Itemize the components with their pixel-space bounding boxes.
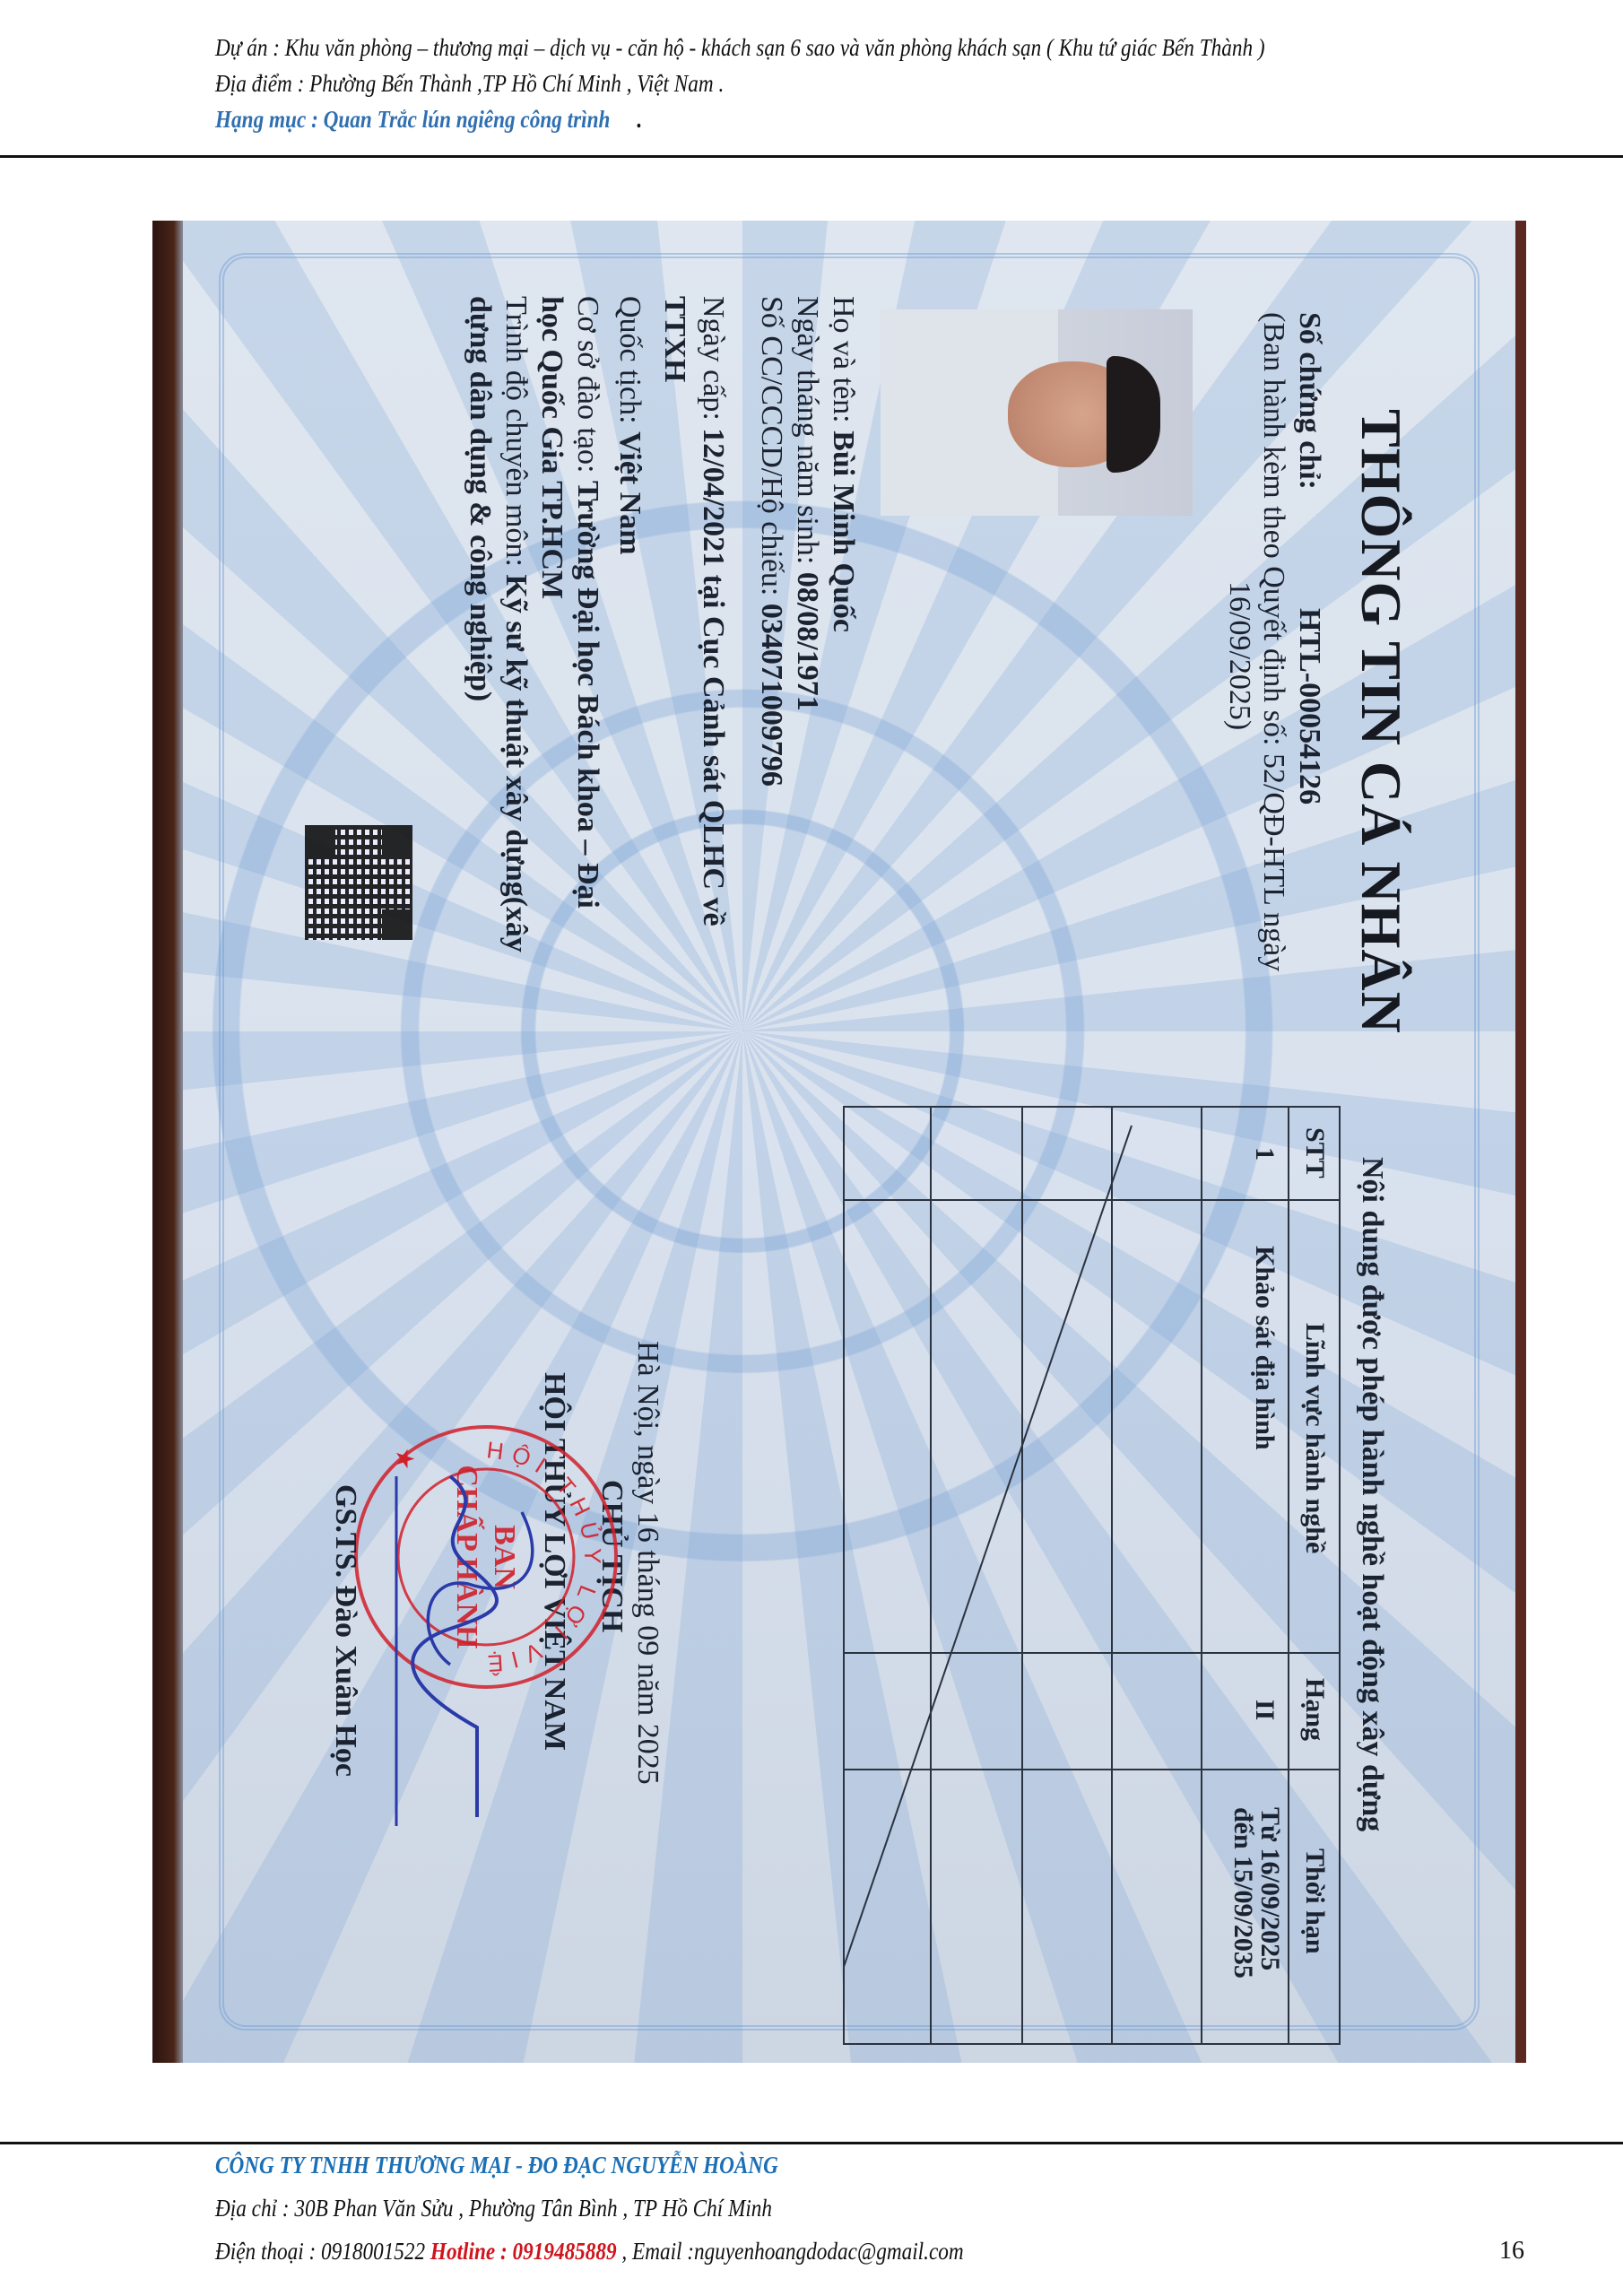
cert-number-value: HTL-00054126 — [1291, 608, 1327, 804]
company-address: Địa chỉ : 30B Phan Văn Sửu , Phường Tân … — [215, 2193, 772, 2223]
signature-place-date: Hà Nội, ngày 16 tháng 09 năm 2025 — [629, 1341, 665, 1785]
info-issue-date: Ngày cấp: 12/04/2021 tại Cục Cảnh sát QL… — [695, 296, 731, 926]
company-contact: Điện thoại : 0918001522 Hotline : 091948… — [215, 2236, 964, 2266]
certificate-content: THÔNG TIN CÁ NHÂN Số chứng chỉ: HTL-0005… — [152, 221, 1526, 2063]
info-id-number: Số CC/CCCD/Hộ chiếu: 034071009796 — [753, 296, 789, 787]
category-line: Hạng mục : Quan Trắc lún ngiêng công trì… — [215, 104, 642, 135]
portrait-hair — [1107, 356, 1160, 473]
info-training-institution-cont: học Quốc Gia TP.HCM — [534, 296, 569, 599]
company-name: CÔNG TY TNHH THƯƠNG MẠI - ĐO ĐẠC NGUYỄN … — [215, 2150, 778, 2180]
handwritten-signature — [360, 1458, 576, 1835]
info-qualification: Trình độ chuyên môn: Kỹ sư kỹ thuật xây … — [498, 296, 534, 952]
certificate-photo: THÔNG TIN CÁ NHÂN Số chứng chỉ: HTL-0005… — [152, 221, 1526, 2063]
info-qualification-cont: dựng dân dụng & công nghiệp) — [462, 296, 498, 701]
issued-decision-line-1: (Ban hành kèm theo Quyết định số: 52/QĐ-… — [1255, 312, 1291, 971]
category-text: Hạng mục : Quan Trắc lún ngiêng công trì… — [215, 106, 610, 133]
hotline-text: Hotline : 0919485889 — [430, 2238, 617, 2265]
certificate-title: THÔNG TIN CÁ NHÂN — [1352, 409, 1410, 1034]
qr-code-icon — [305, 825, 412, 940]
page-number: 16 — [1499, 2236, 1524, 2266]
project-line: Dự án : Khu văn phòng – thương mại – dịc… — [215, 32, 1265, 63]
phone-text: Điện thoại : 0918001522 — [215, 2238, 430, 2265]
portrait-photo — [881, 309, 1193, 516]
table-strike-line — [843, 1106, 1341, 2045]
footer-divider — [0, 2142, 1623, 2144]
category-trailing-dot: . — [637, 106, 642, 133]
signer-name: GS.TS. Đào Xuân Học — [327, 1484, 363, 1777]
info-birth-date: Ngày tháng năm sinh: 08/08/1971 — [789, 296, 825, 711]
location-line: Địa điểm : Phường Bến Thành ,TP Hồ Chí M… — [215, 68, 724, 99]
info-nationality: Quốc tịch: Việt Nam — [612, 296, 647, 555]
info-issue-place-cont: TTXH — [656, 296, 692, 382]
info-full-name: Họ và tên: Bùi Minh Quốc — [825, 296, 861, 632]
issued-decision-line-2: 16/09/2025) — [1221, 581, 1257, 730]
cert-number-label: Số chứng chỉ: — [1291, 312, 1327, 490]
info-training-institution: Cơ sở đào tạo: Trường Đại học Bách khoa … — [569, 296, 605, 909]
table-caption: Nội dung được phép hành nghề hoạt động x… — [1354, 1157, 1390, 1831]
email-text: , Email :nguyenhoangdodac@gmail.com — [617, 2238, 964, 2265]
header-divider — [0, 155, 1623, 158]
